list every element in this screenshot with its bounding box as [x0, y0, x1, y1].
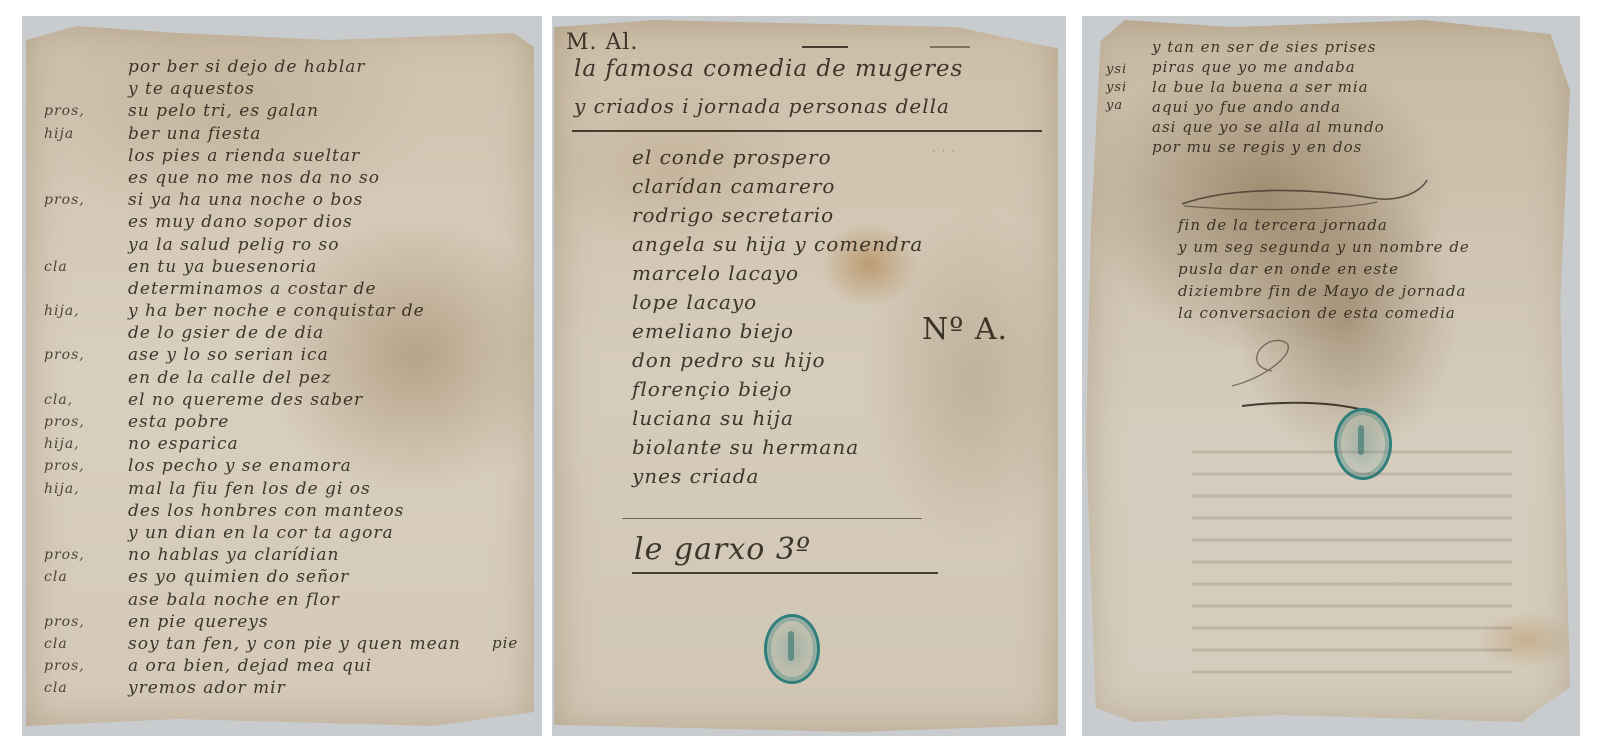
note-line: diziembre fin de Mayo de jornada [1178, 282, 1470, 304]
cast-member: luciana su hija [632, 407, 923, 436]
note-line: la conversacion de esta comedia [1178, 304, 1470, 326]
separator-rule [622, 518, 922, 519]
speaker-abbrev: cla [44, 677, 114, 699]
verse-line: piras que yo me andaba [1152, 58, 1385, 78]
cast-member: lope lacayo [632, 291, 923, 320]
verse-text: de lo gsier de de dia [128, 322, 324, 344]
verse-text: su pelo tri, es galan [128, 100, 319, 122]
verse-text: ber una fiesta [128, 123, 261, 145]
manuscript-page-center: M. Al. la famosa comedia de mugeres y cr… [552, 16, 1066, 736]
cast-member: ynes criada [632, 465, 923, 494]
verse-text: y ha ber noche e conquistar de [128, 300, 425, 322]
verse-text: soy tan fen, y con pie y quen mean [128, 633, 461, 655]
note-line: pusla dar en onde en este [1178, 260, 1470, 282]
play-title-line-1: la famosa comedia de mugeres [574, 56, 963, 82]
side-label: ysi [1106, 62, 1127, 80]
verse-text: es yo quimien do señor [128, 566, 349, 588]
cast-member: clarídan camarero [632, 175, 923, 204]
speaker-abbrev: hija, [44, 433, 114, 455]
end-of-act-note: fin de la tercera jornada y um seg segun… [1178, 216, 1470, 326]
speaker-abbrev: hija [44, 123, 114, 145]
verse-text: ya la salud pelig ro so [128, 234, 339, 256]
verse-text: determinamos a costar de [128, 278, 377, 300]
closing-verses: y tan en ser de sies prises piras que yo… [1152, 38, 1385, 158]
verse-text: los pecho y se enamora [128, 455, 352, 477]
verse-line: y tan en ser de sies prises [1152, 38, 1385, 58]
side-label: ysi [1106, 80, 1127, 98]
note-line: y um seg segunda y un nombre de [1178, 238, 1470, 260]
cast-member: el conde prospero [632, 146, 923, 175]
speaker-abbrev: cla [44, 633, 114, 655]
verse-text: en tu ya buesenoria [128, 256, 317, 278]
verse-text: no hablas ya clarídian [128, 544, 339, 566]
play-title-line-2: y criados i jornada personas della [574, 94, 950, 118]
verse-line: asi que yo se alla al mundo [1152, 118, 1385, 138]
verse-text: ase bala noche en flor [128, 589, 340, 611]
side-label: ya [1106, 98, 1127, 116]
note-line: fin de la tercera jornada [1178, 216, 1470, 238]
verse-line: por mu se regis y en dos [1152, 138, 1385, 158]
speaker-abbrev: hija, [44, 478, 114, 500]
speaker-abbrev: pros, [44, 189, 114, 211]
cast-member: marcelo lacayo [632, 262, 923, 291]
verse-text: yremos ador mir [128, 677, 286, 699]
verse-text: el no quereme des saber [128, 389, 363, 411]
catalog-mark: Nº A. [922, 312, 1008, 347]
verse-text: des los honbres con manteos [128, 500, 404, 522]
side-labels: ysi ysi ya [1106, 62, 1127, 116]
flourish-icon [1172, 176, 1432, 216]
shelfmark: M. Al. [566, 30, 638, 55]
manuscript-page-right: ysi ysi ya y tan en ser de sies prises p… [1082, 16, 1580, 736]
margin-note: pie [492, 634, 518, 652]
speaker-abbrev: cla [44, 566, 114, 588]
signature-underline [632, 572, 938, 574]
bleed-through-text [1192, 436, 1512, 686]
speaker-abbrev: pros, [44, 411, 114, 433]
speaker-abbrev: cla [44, 256, 114, 278]
speaker-abbrev: pros, [44, 455, 114, 477]
verse-text: es que no me nos da no so [128, 167, 380, 189]
manuscript-page-left: por ber si dejo de hablar y te aquestos … [22, 16, 542, 736]
speaker-abbrev: pros, [44, 655, 114, 677]
verse-text: esta pobre [128, 411, 229, 433]
verse-text: y te aquestos [128, 78, 255, 100]
speaker-abbrev: pros, [44, 344, 114, 366]
verse-text: mal la fiu fen los de gi os [128, 478, 371, 500]
verse-text: los pies a rienda sueltar [128, 145, 360, 167]
verse-text: ase y lo so serian ica [128, 344, 329, 366]
speaker-abbrev: hija, [44, 300, 114, 322]
signature: le garxo 3º [634, 532, 811, 567]
verse-text: si ya ha una noche o bos [128, 189, 363, 211]
verse-text: en de la calle del pez [128, 367, 331, 389]
cast-member: don pedro su hijo [632, 349, 923, 378]
verse-text: por ber si dejo de hablar [128, 56, 366, 78]
speaker-abbrev: cla, [44, 389, 114, 411]
cast-list: el conde prospero clarídan camarero rodr… [632, 146, 923, 494]
title-underline [572, 130, 1042, 132]
verse-line: aqui yo fue ando anda [1152, 98, 1385, 118]
cast-member: florençio biejo [632, 378, 923, 407]
speaker-abbrev: pros, [44, 100, 114, 122]
decorative-rule [930, 46, 970, 48]
rubric-icon [1212, 336, 1392, 416]
cast-member: emeliano biejo [632, 320, 923, 349]
cast-member: rodrigo secretario [632, 204, 923, 233]
speaker-abbrev: pros, [44, 611, 114, 633]
library-stamp-icon [764, 614, 820, 684]
faint-marginalia: · · · [932, 144, 956, 158]
cast-member: biolante su hermana [632, 436, 923, 465]
verse-text: a ora bien, dejad mea qui [128, 655, 372, 677]
cast-member: angela su hija y comendra [632, 233, 923, 262]
verse-text: es muy dano sopor dios [128, 211, 353, 233]
verse-text: y un dian en la cor ta agora [128, 522, 394, 544]
verse-text: en pie quereys [128, 611, 269, 633]
verse-text: no esparica [128, 433, 239, 455]
decorative-rule [802, 46, 848, 48]
verse-line: la bue la buena a ser mia [1152, 78, 1385, 98]
speaker-abbrev: pros, [44, 544, 114, 566]
